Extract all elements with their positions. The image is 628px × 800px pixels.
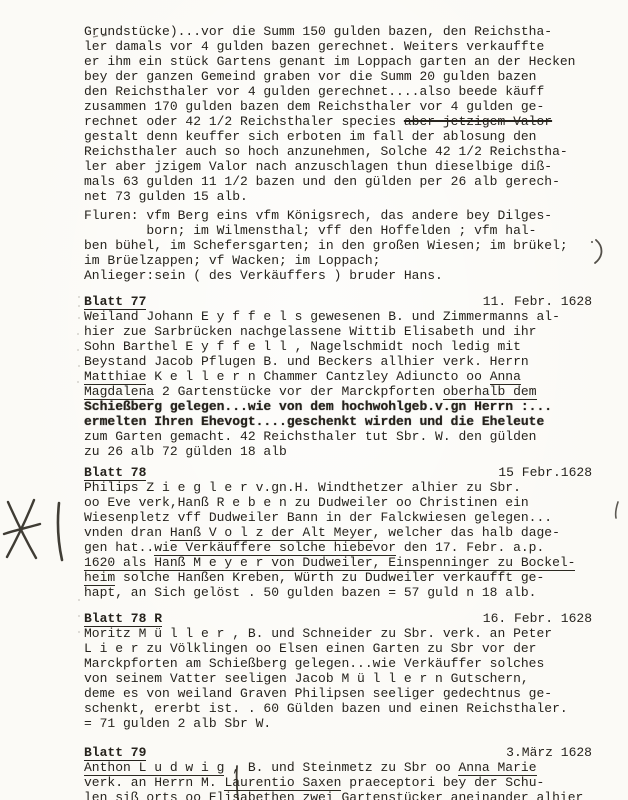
- text-line: Marckpforten am Schießberg gelegen...wie…: [84, 656, 592, 671]
- text-segment: ler damals vor 4 gulden bazen gerechnet.…: [84, 39, 544, 54]
- text-segment: Anlieger:sein ( des Verkäuffers ) bruder…: [84, 268, 443, 283]
- text-line: er ihm ein stück Gartens genant im Loppa…: [84, 54, 592, 69]
- text-segment: Elisabethen: [209, 790, 295, 800]
- text-segment: praeceptori bey der Schu-: [341, 775, 544, 790]
- entry-blatt-78: Blatt 7815 Febr.1628Philips Z i e g l e …: [84, 465, 592, 600]
- blatt-heading: Blatt 78 R: [84, 611, 162, 627]
- text-line: zum Garten gemacht. 42 Reichsthaler tut …: [84, 429, 592, 444]
- text-line: hier zue Sarbrücken nachgelassene Wittib…: [84, 324, 592, 339]
- entry-blatt-77: Blatt 7711. Febr. 1628Weiland Johann E y…: [84, 294, 592, 459]
- text-line: Reichsthaler auch so hoch anzunehmen, So…: [84, 144, 592, 159]
- text-line: Weiland Johann E y f f e l s gewesenen B…: [84, 309, 592, 324]
- text-segment: , B. und Steinmetz zu Sbr oo: [224, 760, 458, 775]
- text-segment: ermelten Ihren Ehevogt....geschenkt wird…: [84, 414, 544, 429]
- text-line: len siß orts oo Elisabethen zwei Gartens…: [84, 790, 592, 800]
- blatt-heading: Blatt 78: [84, 465, 146, 481]
- blatt-heading: Blatt 77: [84, 294, 146, 310]
- text-line: zusammen 170 gulden bazen dem Reichsthal…: [84, 99, 592, 114]
- text-segment: Weiland Johann E y f f e l s gewesenen B…: [84, 309, 560, 324]
- text-segment: L i e r zu Völklingen oo Elsen einen Gar…: [84, 641, 536, 656]
- text-segment: Marckpforten am Schießberg gelegen...wie…: [84, 656, 544, 671]
- text-segment: Philips Z i e g l e r v.gn.H. Windthetze…: [84, 480, 521, 495]
- text-line: im Brüelzappen; vf Wacken; im Loppach;: [84, 253, 592, 268]
- text-segment: K e l l e r n Chammer Cantzley Adiuncto …: [146, 369, 489, 384]
- entry-date: 15 Febr.1628: [498, 465, 592, 480]
- text-segment: ben bühel, im Schefersgarten; in den gro…: [84, 238, 568, 253]
- text-segment: hapt, an Sich gelöst . 50 gulden bazen =…: [84, 585, 536, 600]
- text-segment: schenkt, ererbt ist. . 60 Gülden bazen u…: [84, 701, 568, 716]
- text-segment: den Reichsthaler vor 4 gulden gerechnet.…: [84, 84, 544, 99]
- text-segment: Matthiae: [84, 369, 146, 385]
- text-segment: len siß orts oo: [84, 790, 209, 800]
- text-line: Wiesenpletz vff Dudweiler Bann in der Fa…: [84, 510, 592, 525]
- entry-heading-row: Blatt 78 R16. Febr. 1628: [84, 611, 592, 626]
- text-segment: Anthon L u d w i g: [84, 760, 224, 776]
- text-line: den Reichsthaler vor 4 gulden gerechnet.…: [84, 84, 592, 99]
- text-line: Sohn Barthel E y f f e l l , Nagelschmid…: [84, 339, 592, 354]
- text-segment: verk. an Herrn M.: [84, 775, 224, 790]
- text-segment: den 17. Febr. a.p.: [396, 540, 544, 555]
- text-segment: Hanß V o l z der Alt Meyer: [170, 525, 373, 541]
- text-segment: Wiesenpletz vff Dudweiler Bann in der Fa…: [84, 510, 552, 525]
- entry-blatt-79: Blatt 793.März 1628Anthon L u d w i g , …: [84, 745, 592, 800]
- text-line: born; im Wilmensthal; vff den Hoffelden …: [84, 223, 592, 238]
- text-line: ler damals vor 4 gulden bazen gerechnet.…: [84, 39, 592, 54]
- text-segment: 2 Gartenstücke vor der Marckpforten: [154, 384, 443, 399]
- text-segment: solche Hanßen Kreben, Würth zu Dudweiler…: [115, 570, 544, 585]
- text-line: Schießberg gelegen...wie von dem hochwoh…: [84, 399, 592, 414]
- text-line: von seinem Vatter seeligen Jacob M ü l l…: [84, 671, 592, 686]
- text-segment: Moritz M ü l l e r , B. und Schneider zu…: [84, 626, 552, 641]
- text-line: vnden dran Hanß V o l z der Alt Meyer, w…: [84, 525, 592, 540]
- text-segment: = 71 gulden 2 alb Sbr W.: [84, 716, 271, 731]
- text-line: Magdalena 2 Gartenstücke vor der Marckpf…: [84, 384, 592, 399]
- text-segment: zu 26 alb 72 gülden 18 alb: [84, 444, 287, 459]
- text-line: bey der ganzen Gemeind graben vor die Su…: [84, 69, 592, 84]
- text-line: Moritz M ü l l e r , B. und Schneider zu…: [84, 626, 592, 641]
- text-line: Beystand Jacob Pflugen B. und Beckers al…: [84, 354, 592, 369]
- text-segment: Laurentio Saxen: [224, 775, 341, 791]
- text-segment: rechnet oder 42 1/2 Reichsthaler species: [84, 114, 404, 129]
- text-segment: , welcher das halb dage-: [373, 525, 560, 540]
- text-segment: Reichsthaler auch so hoch anzunehmen, So…: [84, 144, 568, 159]
- text-segment: von seinem Vatter seeligen Jacob M ü l l…: [84, 671, 529, 686]
- text-line: hapt, an Sich gelöst . 50 gulden bazen =…: [84, 585, 592, 600]
- text-line: net 73 gulden 15 alb.: [84, 189, 592, 204]
- text-segment: wie Verkäuffere solche hiebevor: [154, 540, 396, 556]
- fluren-block: Fluren: vfm Berg eins vfm Königsrech, da…: [84, 208, 592, 283]
- text-segment: bey der ganzen Gemeind graben vor die Su…: [84, 69, 536, 84]
- text-segment: zusammen 170 gulden bazen dem Reichsthal…: [84, 99, 544, 114]
- text-segment: mals 63 gulden 11 1/2 bazen und den güld…: [84, 174, 560, 189]
- text-segment: im Brüelzappen; vf Wacken; im Loppach;: [84, 253, 380, 268]
- text-segment: oo Eve verk,Hanß R e b e n zu Dudweiler …: [84, 495, 529, 510]
- text-line: Philips Z i e g l e r v.gn.H. Windthetze…: [84, 480, 592, 495]
- entry-blatt-78-r: Blatt 78 R16. Febr. 1628Moritz M ü l l e…: [84, 611, 592, 731]
- text-segment: vnden dran: [84, 525, 170, 540]
- text-line: mals 63 gulden 11 1/2 bazen und den güld…: [84, 174, 592, 189]
- text-segment: oberhalb dem: [443, 384, 537, 400]
- text-line: ermelten Ihren Ehevogt....geschenkt wird…: [84, 414, 592, 429]
- text-segment: heim: [84, 570, 115, 586]
- entry-heading-row: Blatt 7815 Febr.1628: [84, 465, 592, 480]
- text-segment: 1620 als Hanß M e y e r von Dudweiler, E…: [84, 555, 575, 571]
- text-line: oo Eve verk,Hanß R e b e n zu Dudweiler …: [84, 495, 592, 510]
- text-line: Grundstücke)...vor die Summ 150 gulden b…: [84, 24, 592, 39]
- continuation-paragraph: Grundstücke)...vor die Summ 150 gulden b…: [84, 24, 592, 204]
- text-line: Anlieger:sein ( des Verkäuffers ) bruder…: [84, 268, 592, 283]
- text-segment: Fluren: vfm Berg eins vfm Königsrech, da…: [84, 208, 552, 223]
- text-segment: gestalt denn keuffer sich erboten im fal…: [84, 129, 536, 144]
- text-segment: net 73 gulden 15 alb.: [84, 189, 248, 204]
- text-segment: gen hat..: [84, 540, 154, 555]
- text-line: Anthon L u d w i g , B. und Steinmetz zu…: [84, 760, 592, 775]
- text-line: = 71 gulden 2 alb Sbr W.: [84, 716, 592, 731]
- text-line: deme es von weiland Graven Philipsen see…: [84, 686, 592, 701]
- text-segment: Magdalena: [84, 384, 154, 400]
- blatt-heading: Blatt 79: [84, 745, 146, 761]
- text-segment: Schießberg gelegen...wie von dem hochwoh…: [84, 399, 552, 414]
- text-segment: aber jetzigem Valor: [404, 114, 552, 129]
- text-line: gestalt denn keuffer sich erboten im fal…: [84, 129, 592, 144]
- text-segment: Anna: [490, 369, 521, 385]
- text-segment: Anna Marie: [458, 760, 536, 776]
- text-segment: Sohn Barthel E y f f e l l , Nagelschmid…: [84, 339, 521, 354]
- text-line: gen hat..wie Verkäuffere solche hiebevor…: [84, 540, 592, 555]
- text-line: 1620 als Hanß M e y e r von Dudweiler, E…: [84, 555, 592, 570]
- entry-heading-row: Blatt 7711. Febr. 1628: [84, 294, 592, 309]
- text-segment: ler aber jzigem Valor nach anzuschlagen …: [84, 159, 552, 174]
- text-line: rechnet oder 42 1/2 Reichsthaler species…: [84, 114, 592, 129]
- entry-date: 11. Febr. 1628: [483, 294, 592, 309]
- text-segment: zwei Gartenstücker aneinander alhier: [295, 790, 584, 800]
- entry-date: 16. Febr. 1628: [483, 611, 592, 626]
- text-segment: hier zue Sarbrücken nachgelassene Wittib…: [84, 324, 536, 339]
- text-segment: Beystand Jacob Pflugen B. und Beckers al…: [84, 354, 529, 369]
- text-line: heim solche Hanßen Kreben, Würth zu Dudw…: [84, 570, 592, 585]
- text-line: zu 26 alb 72 gülden 18 alb: [84, 444, 592, 459]
- text-segment: er ihm ein stück Gartens genant im Loppa…: [84, 54, 575, 69]
- text-line: L i e r zu Völklingen oo Elsen einen Gar…: [84, 641, 592, 656]
- text-segment: deme es von weiland Graven Philipsen see…: [84, 686, 552, 701]
- entry-heading-row: Blatt 793.März 1628: [84, 745, 592, 760]
- text-line: schenkt, ererbt ist. . 60 Gülden bazen u…: [84, 701, 592, 716]
- text-line: ler aber jzigem Valor nach anzuschlagen …: [84, 159, 592, 174]
- text-segment: zum Garten gemacht. 42 Reichsthaler tut …: [84, 429, 536, 444]
- document-page: Grundstücke)...vor die Summ 150 gulden b…: [0, 0, 628, 800]
- text-line: ben bühel, im Schefersgarten; in den gro…: [84, 238, 592, 253]
- text-line: Matthiae K e l l e r n Chammer Cantzley …: [84, 369, 592, 384]
- text-line: Fluren: vfm Berg eins vfm Königsrech, da…: [84, 208, 592, 223]
- text-segment: born; im Wilmensthal; vff den Hoffelden …: [84, 223, 536, 238]
- text-segment: Grundstücke)...vor die Summ 150 gulden b…: [84, 24, 552, 39]
- text-line: verk. an Herrn M. Laurentio Saxen praece…: [84, 775, 592, 790]
- entry-date: 3.März 1628: [506, 745, 592, 760]
